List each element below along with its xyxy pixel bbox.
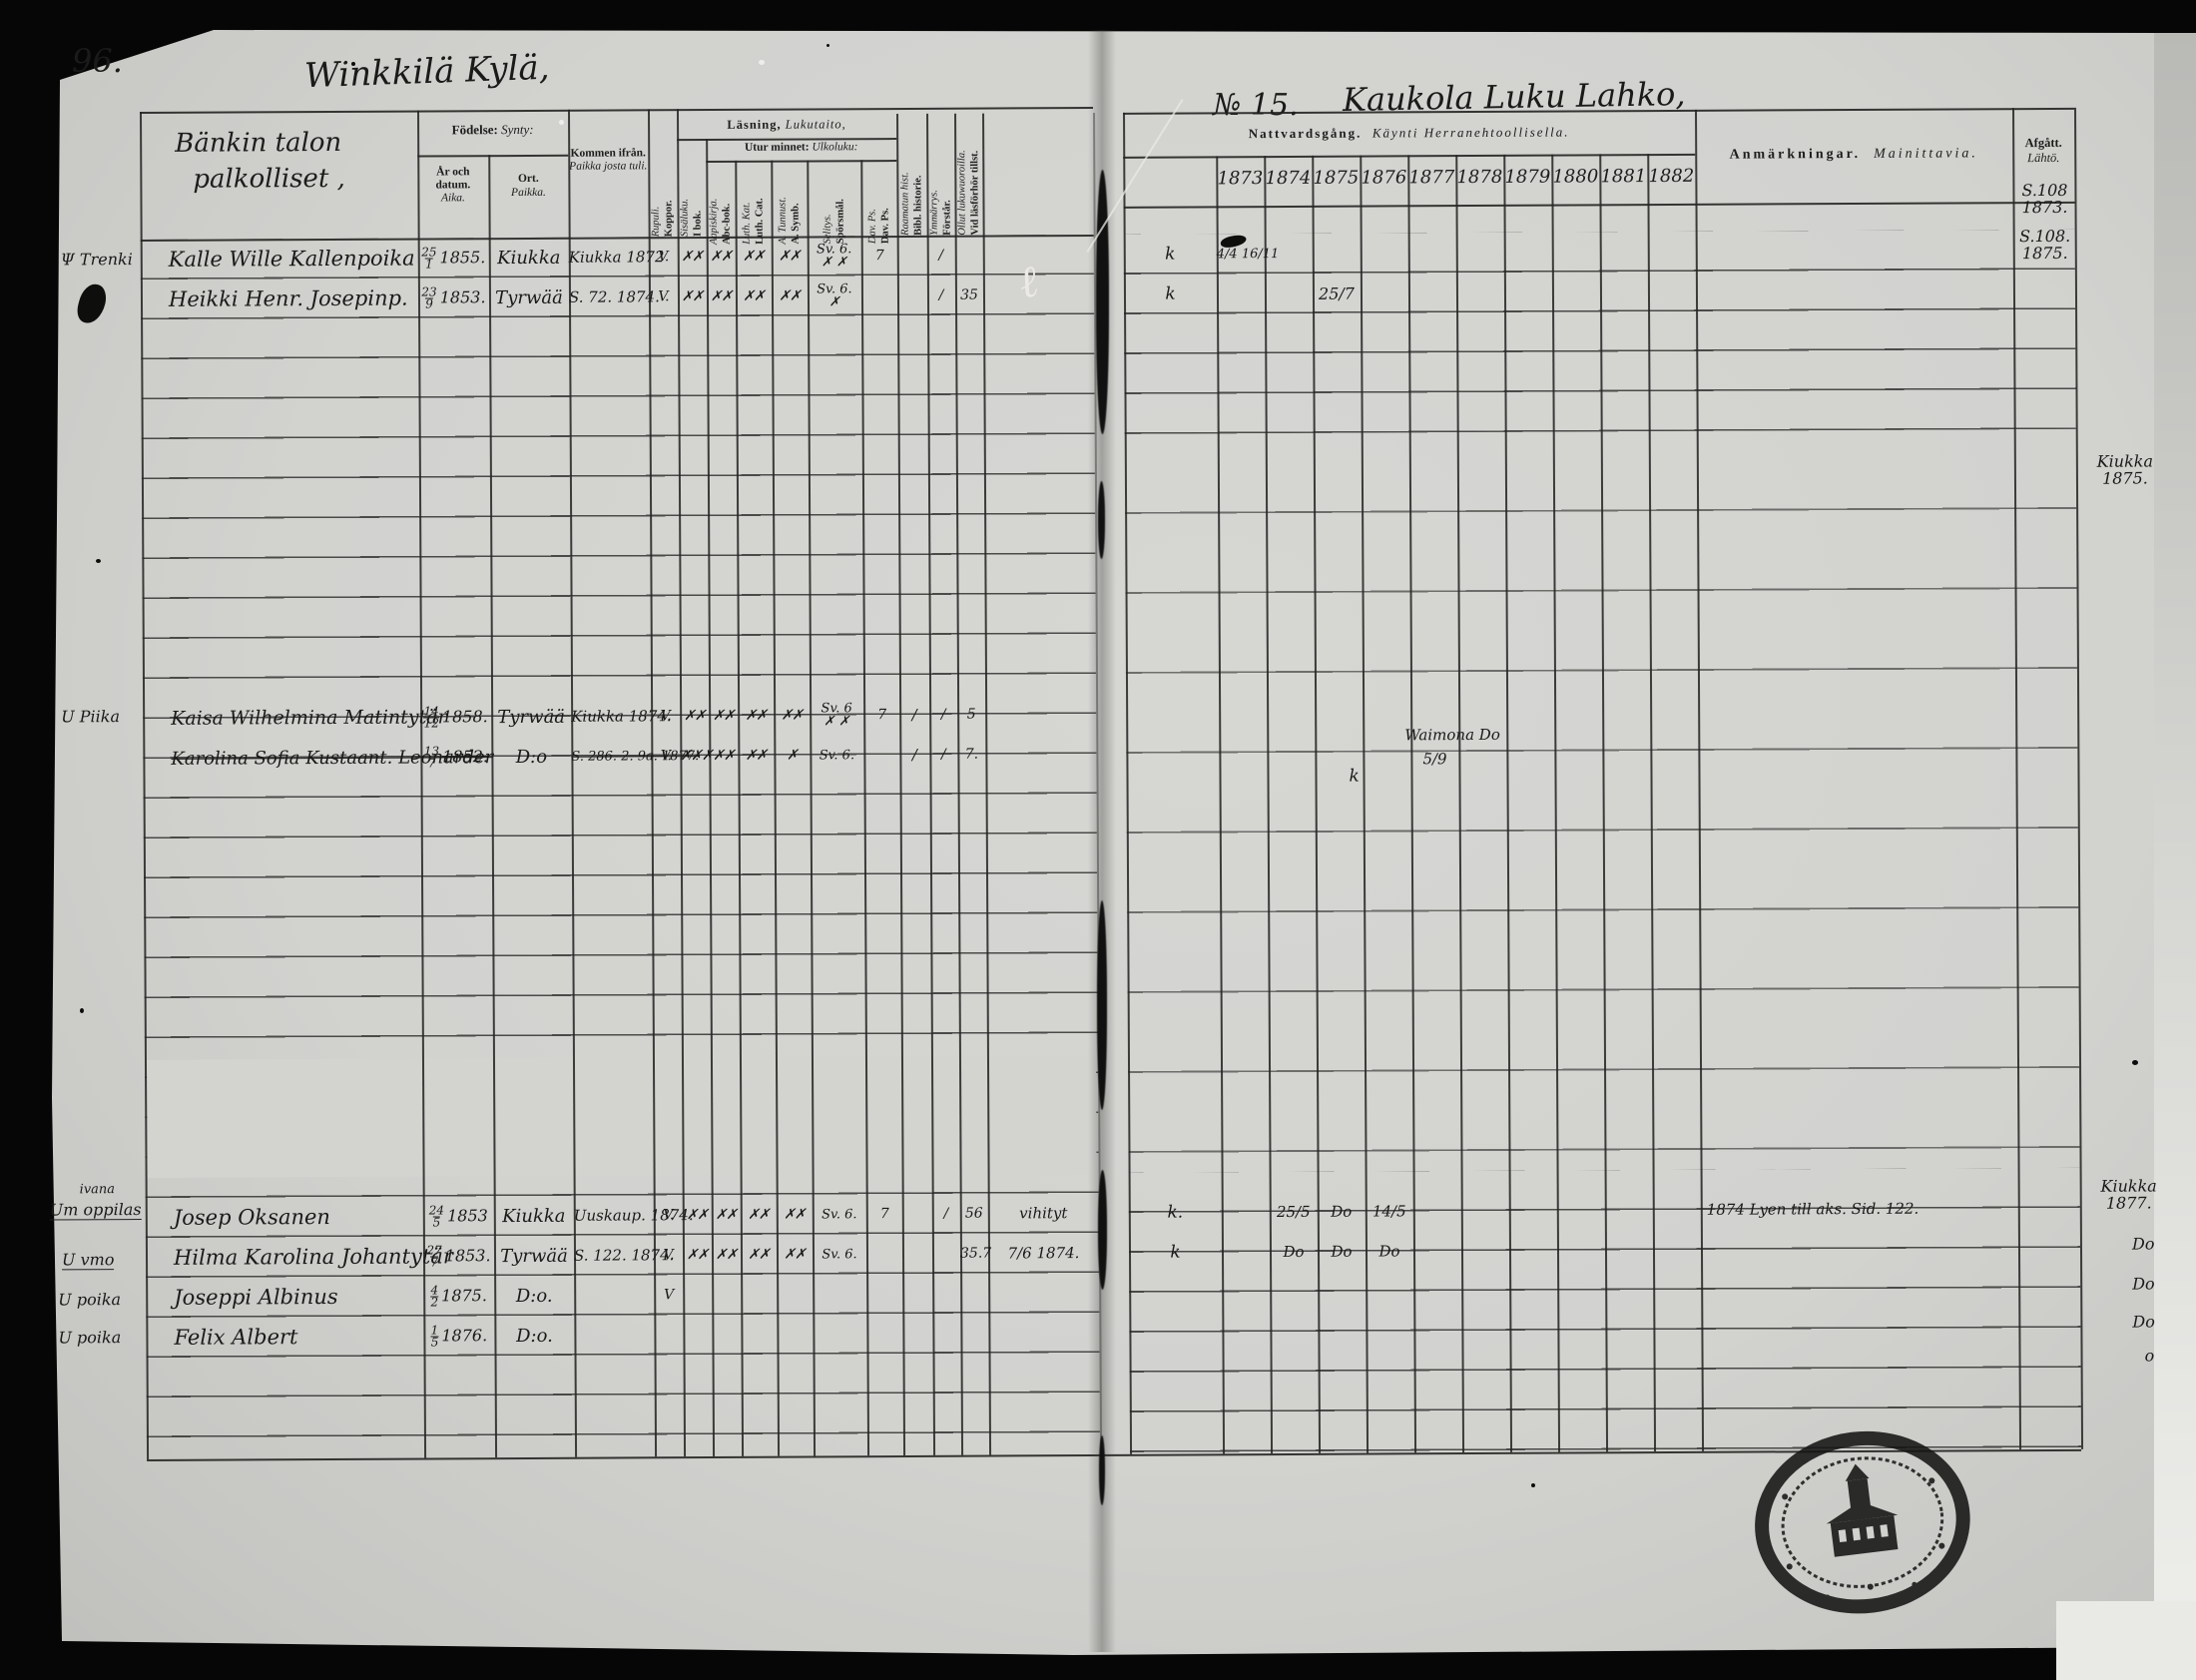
departed-entry: Kiukka1877.	[2084, 1177, 2174, 1211]
header-birth-place: Ort.Paikka.	[488, 172, 568, 200]
dust-speck	[759, 60, 765, 65]
dust-speck	[826, 44, 829, 47]
gutter-shadow	[1099, 1435, 1105, 1505]
header-psalms: Dav. Ps.Dav. Ps.	[860, 164, 896, 244]
header-year-1877: 1877	[1407, 167, 1455, 188]
header-attended: Ollut lukuwuoroilla.Vid läsförhör tillst…	[954, 116, 983, 236]
communion-mark: k	[1349, 767, 1359, 787]
header-year-1876: 1876	[1360, 167, 1407, 188]
communion-note: 5/9	[1422, 750, 1446, 768]
margin-note: U vmo	[62, 1250, 115, 1270]
gutter-shadow	[1098, 481, 1105, 559]
header-year-1878: 1878	[1455, 167, 1503, 188]
dust-speck	[2132, 1060, 2138, 1065]
margin-note: U poika	[58, 1290, 121, 1309]
dust-speck	[351, 62, 355, 66]
departed-entry: S.1081873.	[2014, 182, 2074, 216]
departed-entry: Do	[2132, 1313, 2155, 1330]
scanned-register-page: 96. Winkkilä Kylä, № 15. Kaukola Luku La…	[0, 0, 2196, 1680]
header-year-1875: 1875	[1312, 168, 1360, 189]
header-abc: Aapiskirja.Abc-bok.	[706, 165, 735, 245]
header-pox: Rupuli.Koppor.	[648, 117, 678, 237]
parish-stamp	[1738, 1414, 1989, 1633]
header-year-1873: 1873	[1216, 168, 1264, 189]
gutter-shadow	[1098, 1170, 1107, 1290]
departed-entry: Do	[2132, 1275, 2155, 1292]
margin-note: ivana	[80, 1182, 115, 1197]
header-year-1880: 1880	[1551, 166, 1599, 187]
village-title: Winkkilä Kylä,	[303, 48, 550, 97]
header-communion: Nattvardsgång. Käynti Herranehtoollisell…	[1123, 124, 1695, 143]
dust-speck	[559, 120, 564, 125]
dust-speck	[96, 559, 101, 563]
header-year-1882: 1882	[1647, 166, 1695, 187]
departed-entry: Kiukka1875.	[2080, 452, 2170, 486]
header-birth: Födelse: Synty:	[417, 122, 568, 139]
dust-speck	[80, 1008, 84, 1013]
header-birth-date: År och datum.Aika.	[417, 166, 488, 205]
communion-note: Waimona Do	[1404, 726, 1500, 745]
header-catechism: Luth. Kat.Luth. Cat.	[735, 165, 771, 245]
header-symbolum: A. Tunnust.A. Symb.	[771, 165, 807, 245]
header-come-from: Kommen ifrån.Paikka josta tuli.	[568, 147, 648, 173]
household-title: Bänkin talon palkolliset ,	[155, 124, 429, 197]
folio-number: 96.	[72, 42, 123, 80]
margin-note: Um oppilas	[50, 1200, 142, 1220]
margin-note: U poika	[58, 1328, 121, 1347]
departed-entry: Do	[2132, 1235, 2155, 1252]
departed-entry: S.108.1875.	[2015, 228, 2075, 262]
header-year-1874: 1874	[1264, 168, 1312, 189]
header-understands: Ymmärrys.Förstår.	[926, 116, 955, 236]
departed-entry: o	[2145, 1347, 2155, 1364]
header-questions: Selitys.Spörsmål.	[807, 164, 860, 244]
header-year-1879: 1879	[1503, 167, 1551, 188]
header-in-book: Sisäluku.I bok.	[677, 143, 706, 237]
gutter-shadow	[1096, 170, 1109, 434]
margin-note: U Piika	[61, 707, 120, 726]
book-page-edge	[2154, 33, 2196, 1680]
ruling-gap	[147, 1055, 1097, 1178]
header-year-1881: 1881	[1599, 166, 1647, 187]
dust-speck	[1531, 1483, 1535, 1487]
header-reading: Läsning, Lukutaito,	[677, 117, 896, 133]
margin-note: Ψ Trenki	[61, 250, 133, 269]
gutter-shadow	[1097, 900, 1107, 1110]
header-departed: Afgått.Lähtö.	[2012, 136, 2074, 166]
header-remarks: Anmärkningar. Mainittavia.	[1695, 146, 2012, 164]
church-icon	[1820, 1459, 1902, 1557]
header-bible-history: Raamatun hist.Bibl. historie.	[896, 116, 927, 236]
header-by-heart: Utur minnet: Ulkoluku:	[706, 141, 896, 154]
page-corner	[2056, 1601, 2196, 1680]
